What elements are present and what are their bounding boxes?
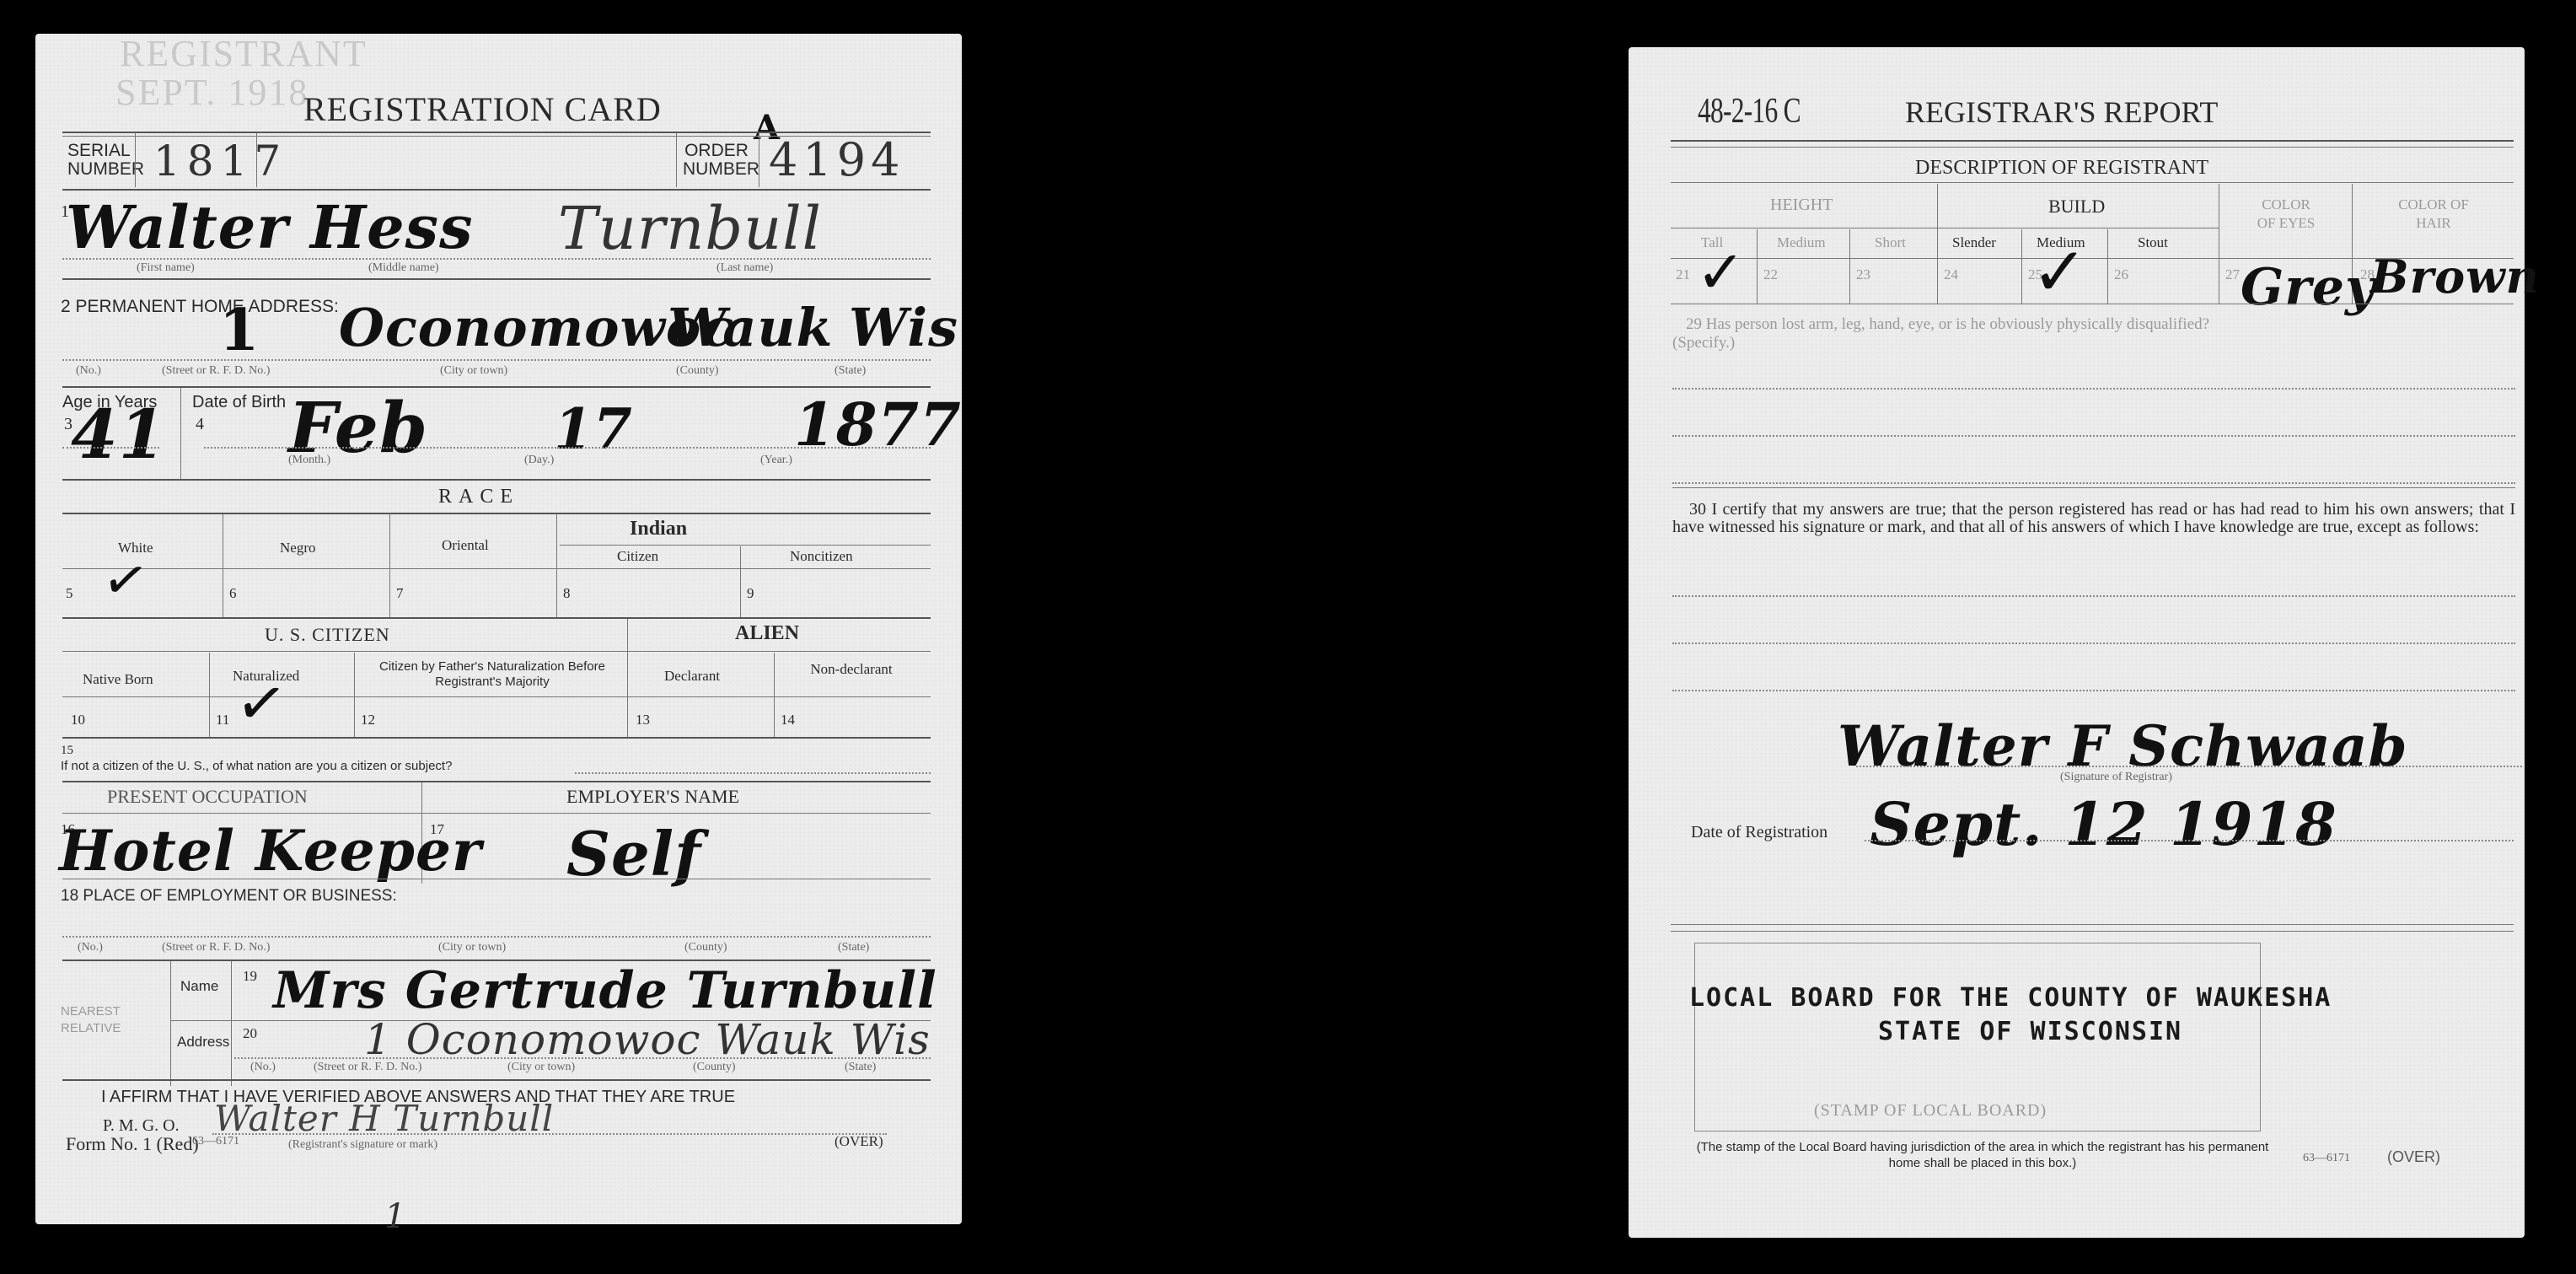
first-name-caption: (First name) [137, 261, 195, 275]
last-name: Turnbull [558, 194, 822, 263]
race-oriental-label: Oriental [442, 537, 489, 554]
hair-color-title: COLOR OF HAIR [2387, 196, 2480, 233]
relative-caption-street: (Street or R. F. D. No.) [314, 1061, 421, 1074]
height-tall-checkmark-icon: ✓ [1696, 238, 1746, 307]
address-caption-county: (County) [676, 364, 719, 378]
race-oriental-number: 7 [396, 585, 404, 602]
local-board-stamp-line2: STATE OF WISCONSIN [1878, 1017, 2182, 1046]
q4-number: 4 [196, 415, 204, 434]
address-caption-no: (No.) [76, 364, 101, 378]
employment-caption-city: (City or town) [438, 941, 506, 954]
ghost-stamp-line1: REGISTRANT [120, 32, 368, 75]
description-title: DESCRIPTION OF REGISTRANT [1915, 157, 2208, 180]
build-stout-number: 26 [2114, 266, 2128, 283]
registrar-signature: Walter F Schwaab [1838, 713, 2408, 779]
q29-text: 29 Has person lost arm, leg, hand, eye, … [1686, 315, 2209, 334]
q17-number: 17 [430, 821, 444, 838]
form-number: Form No. 1 (Red) [66, 1133, 199, 1155]
q29-specify: (Specify.) [1672, 334, 1735, 352]
address-caption-city: (City or town) [440, 364, 507, 378]
height-short-number: 23 [1856, 266, 1870, 283]
employment-caption-state: (State) [838, 941, 869, 954]
address-state: Wis [849, 297, 958, 358]
race-noncitizen-number: 9 [747, 585, 754, 602]
dob-label: Date of Birth [192, 393, 286, 412]
relative-caption-county: (County) [693, 1061, 736, 1074]
relative-caption-city: (City or town) [507, 1061, 575, 1074]
card-title: REGISTRATION CARD [303, 89, 662, 129]
stamp-caption: (STAMP OF LOCAL BOARD) [1814, 1101, 2047, 1121]
order-number-label: ORDERNUMBER [683, 142, 750, 179]
occupation-value: Hotel Keeper [59, 818, 482, 884]
address-county: Wauk [668, 297, 833, 358]
employment-caption-county: (County) [684, 941, 727, 954]
us-citizen-title: U. S. CITIZEN [265, 624, 390, 646]
non-declarant-label: Non-declarant [809, 661, 894, 678]
native-born-label: Native Born [83, 671, 153, 688]
dob-caption-year: (Year.) [760, 454, 792, 467]
race-white-number: 5 [66, 585, 73, 602]
report-code: 48-2-16 C [1698, 91, 1801, 132]
report-title: REGISTRAR'S REPORT [1905, 94, 2218, 130]
race-citizen-number: 8 [563, 585, 571, 602]
relative-name: Mrs Gertrude Turnbull [273, 961, 937, 1020]
hair-color-value: Brown [2370, 250, 2540, 304]
indian-label: Indian [630, 518, 687, 540]
address-caption-state: (State) [835, 364, 866, 378]
build-stout-label: Stout [2138, 234, 2168, 251]
height-medium-number: 22 [1763, 266, 1778, 283]
non-declarant-number: 14 [781, 712, 795, 728]
relative-caption-state: (State) [845, 1061, 876, 1074]
q15-number: 15 [61, 744, 73, 758]
build-medium-checkmark-icon: ✓ [2031, 233, 2088, 311]
height-medium-label: Medium [1777, 234, 1826, 251]
employer-header: EMPLOYER'S NAME [566, 786, 739, 808]
signature-caption: (Registrant's signature or mark) [288, 1138, 437, 1152]
last-name-caption: (Last name) [716, 261, 773, 275]
relative-name-label: Name [180, 978, 218, 995]
q15-label: If not a citizen of the U. S., of what n… [61, 759, 452, 773]
build-slender-number: 24 [1944, 266, 1958, 283]
q29-line-2 [1672, 435, 2515, 437]
relative-caption-no: (No.) [250, 1061, 276, 1074]
middle-name: Hess [310, 192, 474, 262]
declarant-number: 13 [636, 712, 650, 728]
middle-name-caption: (Middle name) [368, 261, 439, 275]
ghost-stamp-line2: SEPT. 1918 [115, 71, 309, 114]
registration-card: REGISTRANT SEPT. 1918 REGISTRATION CARD … [35, 34, 962, 1224]
over-label-right: (OVER) [2387, 1148, 2440, 1166]
citizen-by-father-number: 12 [361, 712, 375, 728]
dob-caption-day: (Day.) [524, 454, 554, 467]
dob-day: 17 [554, 396, 633, 462]
first-name: Walter [66, 192, 288, 262]
race-white-checkmark-icon: ✓ [98, 546, 153, 615]
serial-number-value: 1817 [153, 137, 287, 185]
address-number: 1 [219, 297, 260, 364]
bottom-mark: 1 [384, 1197, 406, 1236]
naturalized-checkmark-icon: ✓ [231, 664, 291, 742]
local-board-stamp-line1: LOCAL BOARD FOR THE COUNTY OF WAUKESHA [1689, 983, 2332, 1013]
stamp-footnote: (The stamp of the Local Board having jur… [1688, 1139, 2278, 1171]
address-caption-street: (Street or R. F. D. No.) [162, 364, 270, 378]
q2-label: 2 PERMANENT HOME ADDRESS: [61, 297, 339, 317]
serial-number-label: SERIALNUMBER [67, 142, 126, 179]
height-tall-number: 21 [1676, 266, 1690, 283]
age-value: 41 [71, 395, 166, 474]
date-of-registration-label: Date of Registration [1691, 823, 1827, 842]
race-negro-number: 6 [229, 585, 237, 602]
order-number-value: 4194 [769, 133, 904, 186]
height-short-label: Short [1875, 234, 1906, 251]
eye-color-value: Grey [2241, 258, 2375, 317]
race-indian-citizen-label: Citizen [617, 548, 658, 565]
occupation-header: PRESENT OCCUPATION [107, 786, 308, 808]
citizen-by-father-label: Citizen by Father's Naturalization Befor… [366, 659, 619, 690]
nearest-relative-label: NEAREST RELATIVE [61, 1003, 128, 1037]
registrar-signature-caption: (Signature of Registrar) [2060, 771, 2172, 784]
q19-number: 19 [243, 968, 257, 985]
q20-number: 20 [243, 1025, 257, 1042]
q30-text: 30 I certify that my answers are true; t… [1672, 501, 2515, 536]
race-title: RACE [438, 486, 519, 508]
relative-address-label: Address [177, 1034, 229, 1051]
declarant-label: Declarant [664, 668, 720, 685]
eye-color-number: 27 [2225, 266, 2240, 283]
report-print-code: 63—6171 [2303, 1152, 2350, 1165]
dob-year: 1877 [794, 390, 962, 460]
build-slender-label: Slender [1952, 234, 1996, 251]
naturalized-number: 11 [216, 712, 229, 728]
over-label-left: (OVER) [835, 1133, 883, 1150]
dob-caption-month: (Month.) [288, 454, 330, 467]
q18-label: 18 PLACE OF EMPLOYMENT OR BUSINESS: [61, 887, 397, 906]
race-negro-label: Negro [280, 540, 315, 556]
employment-caption-street: (Street or R. F. D. No.) [162, 941, 270, 954]
race-indian-noncitizen-label: Noncitizen [790, 548, 853, 565]
registrars-report-card: 48-2-16 C REGISTRAR'S REPORT DESCRIPTION… [1629, 47, 2525, 1238]
eye-color-title: COLOR OF EYES [2252, 196, 2320, 233]
build-title: BUILD [2048, 196, 2105, 218]
native-born-number: 10 [71, 712, 85, 728]
q29-line-1 [1672, 388, 2515, 390]
date-of-registration-value: Sept. 12 1918 [1870, 789, 2337, 859]
alien-title: ALIEN [735, 622, 799, 645]
employment-caption-no: (No.) [78, 941, 103, 954]
height-title: HEIGHT [1770, 196, 1833, 215]
